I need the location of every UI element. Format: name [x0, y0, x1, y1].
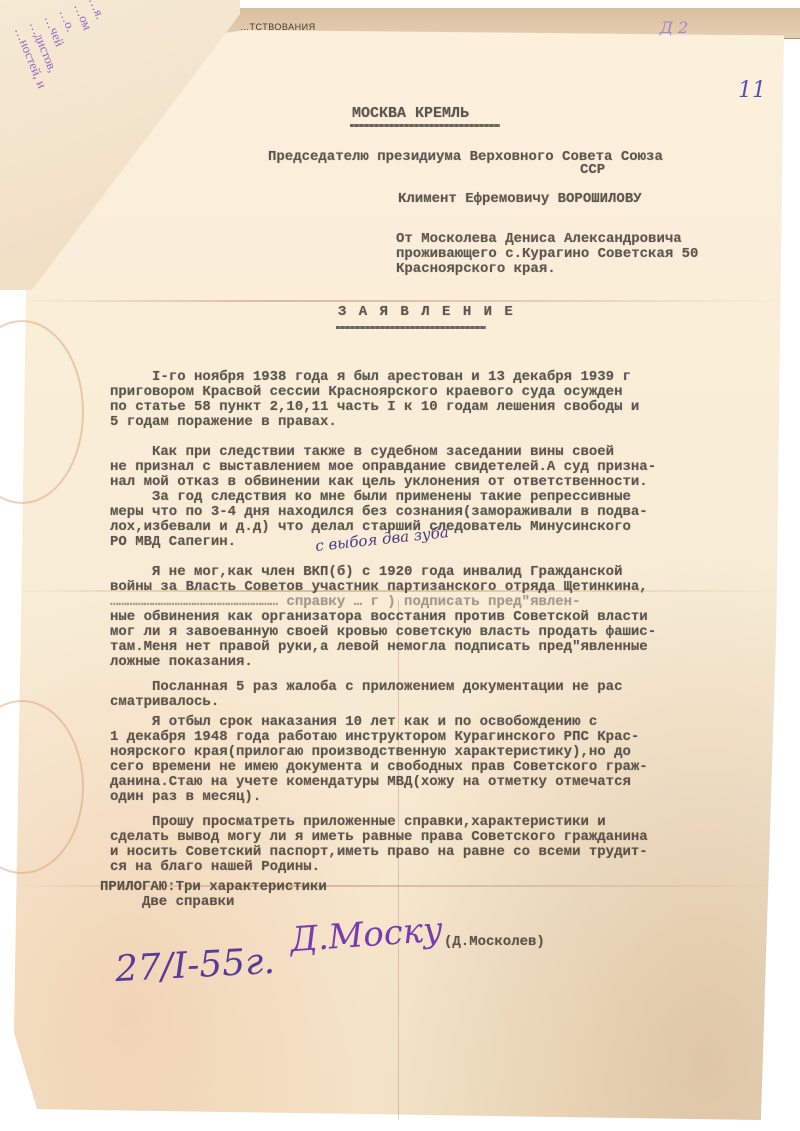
document-title: З А Я В Л Е Н И Е: [338, 305, 515, 320]
body-line: Я отбыл срок наказания 10 лет как и по о…: [110, 715, 597, 730]
body-line: Посланная 5 раз жалоба с приложением док…: [110, 680, 622, 695]
body-line: ные обвинения как организатора восстания…: [110, 610, 648, 625]
sender-line-3: Красноярского края.: [396, 262, 556, 277]
body-line: Я не мог,как член ВКП(б) с 1920 года инв…: [110, 565, 622, 580]
body-line: нал мой отказ в обвинении как цель уклон…: [110, 475, 648, 490]
top-strip-pencil-note: Д 2: [660, 18, 688, 37]
body-line: приговором Красвой сессии Красноярского …: [110, 385, 622, 400]
address-underline: [350, 124, 500, 127]
typed-signature-name: (Д.Москолев): [444, 935, 545, 950]
body-line: данина.Стаю на учете комендатуры МВД(хож…: [110, 775, 631, 790]
body-line: За год следствия ко мне были применены т…: [110, 490, 631, 505]
sender-line-2: проживающего с.Курагино Советская 50: [396, 247, 698, 262]
body-line: ложные показания.: [110, 655, 253, 670]
title-underline: [336, 326, 486, 329]
body-line: и носить Советский паспорт,иметь право н…: [110, 845, 648, 860]
recipient-name: Климент Ефремовичу ВОРОШИЛОВУ: [398, 192, 642, 207]
body-line: мог ли я завоеванную своей кровью советс…: [110, 625, 656, 640]
fold-crease-vertical: [398, 600, 399, 1120]
body-line: сего времени не имею документа и свободн…: [110, 760, 648, 775]
body-line: там.Меня нет правой руки,а левой немогла…: [110, 640, 648, 655]
attachments-line-1: ПРИЛОГАЮ:Три характеристики: [100, 880, 327, 895]
fold-crease: [14, 300, 784, 302]
body-line: не признал с выставлением мое оправдание…: [110, 460, 656, 475]
body-line: ся на благо нашей Родины.: [110, 860, 320, 875]
body-line: Как при следствии также в судебном засед…: [110, 445, 614, 460]
body-line: один раз в месяц).: [110, 790, 261, 805]
body-line: 5 годам поражение в правах.: [110, 415, 337, 430]
body-line: I-го ноября 1938 года я был арестован и …: [110, 370, 631, 385]
address-line: МОСКВА КРЕМЛЬ: [352, 106, 469, 121]
handwritten-date: 27/I-55г.: [114, 941, 276, 990]
sender-line-1: От Москолева Дениса Александровича: [396, 232, 682, 247]
body-line: по статье 58 пункт 2,10,11 часть I к 10 …: [110, 400, 639, 415]
body-line: 1 декабря 1948 года работаю инструктором…: [110, 730, 639, 745]
body-line: Прошу просматреть приложенные справки,ха…: [110, 815, 606, 830]
body-line: ноярского края(прилогаю производственную…: [110, 745, 631, 760]
body-line: меры что по 3-4 дня находился без сознан…: [110, 505, 648, 520]
body-line-faded: …………………………………………………… справку … г ) подпи…: [110, 595, 580, 610]
recipient-line-2: ССР: [580, 163, 605, 178]
body-line: сделать вывод могу ли я иметь равные пра…: [110, 830, 648, 845]
body-line: РО МВД Сапегин.: [110, 535, 236, 550]
body-line: войны за Власть Советов участник партиза…: [110, 580, 648, 595]
page-number: 11: [738, 78, 766, 103]
attachments-line-2: Две справки: [100, 895, 234, 910]
body-line: сматривалось.: [110, 695, 219, 710]
